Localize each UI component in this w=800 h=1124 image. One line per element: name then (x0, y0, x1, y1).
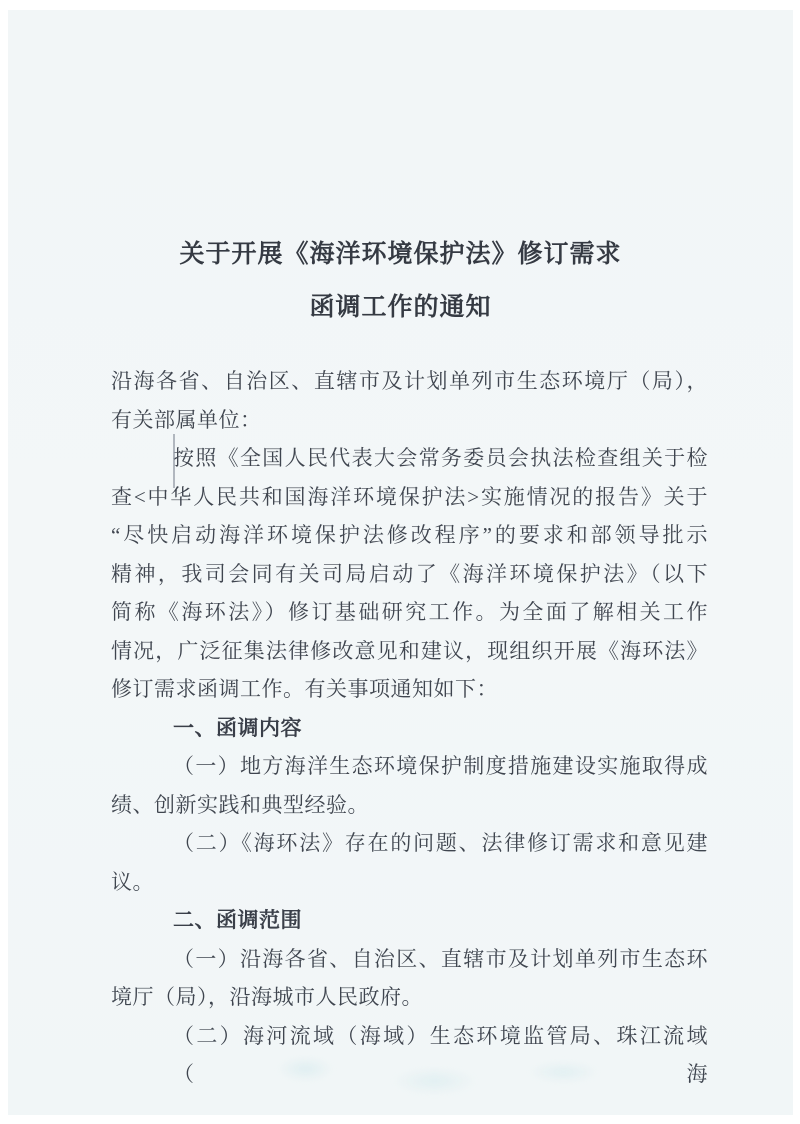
paragraph-line: 简称《海环法》）修订基础研究工作。为全面了解相关工作 (111, 593, 708, 632)
paragraph-line: 查<中华人民共和国海洋环境保护法>实施情况的报告》关于 (111, 478, 708, 517)
title-line-2: 函调工作的通知 (8, 281, 793, 334)
document-body: 沿海各省、自治区、直辖市及计划单列市生态环境厅（局）， 有关部属单位： 按照《全… (111, 362, 708, 1094)
document-title: 关于开展《海洋环境保护法》修订需求 函调工作的通知 (8, 228, 793, 334)
paragraph-line: 情况，广泛征集法律修改意见和建议，现组织开展《海环法》 (111, 632, 708, 671)
section-heading-2: 二、函调范围 (111, 901, 708, 940)
list-item-line: （一）地方海洋生态环境保护制度措施建设实施取得成 (111, 747, 708, 786)
title-line-1: 关于开展《海洋环境保护法》修订需求 (8, 228, 793, 281)
document-page: 关于开展《海洋环境保护法》修订需求 函调工作的通知 沿海各省、自治区、直辖市及计… (0, 0, 800, 1124)
list-item-line: 议。 (111, 863, 708, 902)
paragraph-line: 修订需求函调工作。有关事项通知如下： (111, 670, 708, 709)
paragraph-line: 精神，我司会同有关司局启动了《海洋环境保护法》（以下 (111, 555, 708, 594)
list-item-line: （一）沿海各省、自治区、直辖市及计划单列市生态环 (111, 940, 708, 979)
salutation-line-1: 沿海各省、自治区、直辖市及计划单列市生态环境厅（局）， (111, 362, 708, 401)
scanned-paper: 关于开展《海洋环境保护法》修订需求 函调工作的通知 沿海各省、自治区、直辖市及计… (8, 10, 793, 1115)
list-item-line: （二）《海环法》存在的问题、法律修订需求和意见建 (111, 824, 708, 863)
scan-artifact-vertical-line (173, 434, 175, 488)
paragraph-line: 按照《全国人民代表大会常务委员会执法检查组关于检 (111, 439, 708, 478)
section-heading-1: 一、函调内容 (111, 709, 708, 748)
salutation-line-2: 有关部属单位： (111, 401, 708, 440)
list-item-line: 绩、创新实践和典型经验。 (111, 786, 708, 825)
paragraph-line: “尽快启动海洋环境保护法修改程序”的要求和部领导批示 (111, 516, 708, 555)
ink-bleed-through-artifact (198, 1045, 628, 1105)
list-item-line: 境厅（局），沿海城市人民政府。 (111, 978, 708, 1017)
